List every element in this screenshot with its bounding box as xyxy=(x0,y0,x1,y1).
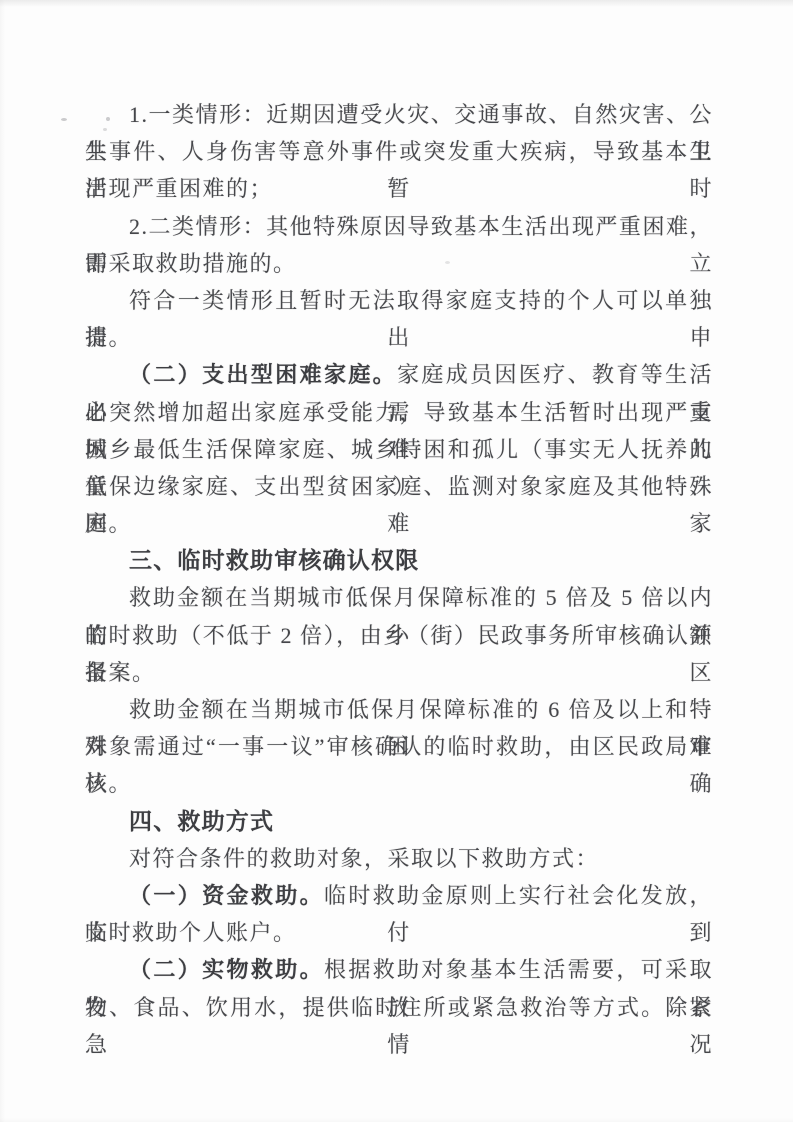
body-text: 临时救助个人账户。 xyxy=(85,920,297,945)
text-line: 救助金额在当期城市低保月保障标准的 6 倍及以上和特殊困难 xyxy=(85,691,713,728)
section-heading: 四、救助方式 xyxy=(85,803,713,840)
text-line: （二）实物救助。根据救助对象基本生活需要，可采取发放衣 xyxy=(85,951,713,988)
body-text: 备案。 xyxy=(85,660,156,685)
text-line: 临时救助（不低于 2 倍），由乡（街）民政事务所审核确认并报区 xyxy=(85,617,713,654)
body-text: 符合一类情形且暂时无法取得家庭支持的个人可以单独提出申 xyxy=(85,288,713,350)
text-line: 2.二类情形：其他特殊原因导致基本生活出现严重困难，需立 xyxy=(85,208,713,245)
text-line: 低保边缘家庭、支出型贫困家庭、监测对象家庭及其他特殊困难家 xyxy=(85,468,713,505)
text-block: 1.一类情形：近期因遭受火灾、交通事故、自然灾害、公共卫生事件、人身伤害等意外事… xyxy=(85,96,713,1026)
text-line: 救助金额在当期城市低保月保障标准的 5 倍及 5 倍以内的小额 xyxy=(85,579,713,616)
text-line: 城乡最低生活保障家庭、城乡特困和孤儿（事实无人抚养儿童）、 xyxy=(85,431,713,468)
emphasis-text: 三、临时救助审核确认权限 xyxy=(129,547,419,573)
body-text: 认。 xyxy=(85,771,132,796)
body-text: 对象需通过“一事一议”审核确认的临时救助，由区民政局审核确 xyxy=(85,734,713,796)
scanned-document-page: 1.一类情形：近期因遭受火灾、交通事故、自然灾害、公共卫生事件、人身伤害等意外事… xyxy=(0,0,793,1122)
section-heading: 三、临时救助审核确认权限 xyxy=(85,542,713,579)
body-text: 即采取救助措施的。 xyxy=(85,251,297,276)
text-line: （二）支出型困难家庭。家庭成员因医疗、教育等生活必需支 xyxy=(85,356,713,393)
emphasis-text: （二）支出型困难家庭。 xyxy=(129,362,397,387)
body-text: 请。 xyxy=(85,325,132,350)
scan-speckle xyxy=(61,118,67,121)
text-line: 符合一类情形且暂时无法取得家庭支持的个人可以单独提出申 xyxy=(85,282,713,319)
emphasis-text: （二）实物救助。 xyxy=(129,957,324,982)
emphasis-text: （一）资金救助。 xyxy=(129,883,324,908)
body-text: 庭。 xyxy=(85,511,132,536)
text-line: 生事件、人身伤害等意外事件或突发重大疾病，导致基本生活暂时 xyxy=(85,133,713,170)
text-line: （一）资金救助。临时救助金原则上实行社会化发放，支付到 xyxy=(85,877,713,914)
body-text: 临时救助（不低于 2 倍），由乡（街）民政事务所审核确认并报区 xyxy=(85,623,713,685)
text-line: 对象需通过“一事一议”审核确认的临时救助，由区民政局审核确 xyxy=(85,728,713,765)
body-text: 出现严重困难的； xyxy=(85,176,273,201)
body-text: 物、食品、饮用水，提供临时住所或紧急救治等方式。除紧急情况 xyxy=(85,995,713,1057)
body-text: 低保边缘家庭、支出型贫困家庭、监测对象家庭及其他特殊困难家 xyxy=(85,474,713,536)
emphasis-text: 四、救助方式 xyxy=(129,808,274,834)
text-line: 物、食品、饮用水，提供临时住所或紧急救治等方式。除紧急情况 xyxy=(85,989,713,1026)
text-line: 出突然增加超出家庭承受能力，导致基本生活暂时出现严重困难的 xyxy=(85,394,713,431)
body-text: 对符合条件的救助对象，采取以下救助方式： xyxy=(129,846,599,871)
text-line: 1.一类情形：近期因遭受火灾、交通事故、自然灾害、公共卫 xyxy=(85,96,713,133)
text-line: 对符合条件的救助对象，采取以下救助方式： xyxy=(85,840,713,877)
